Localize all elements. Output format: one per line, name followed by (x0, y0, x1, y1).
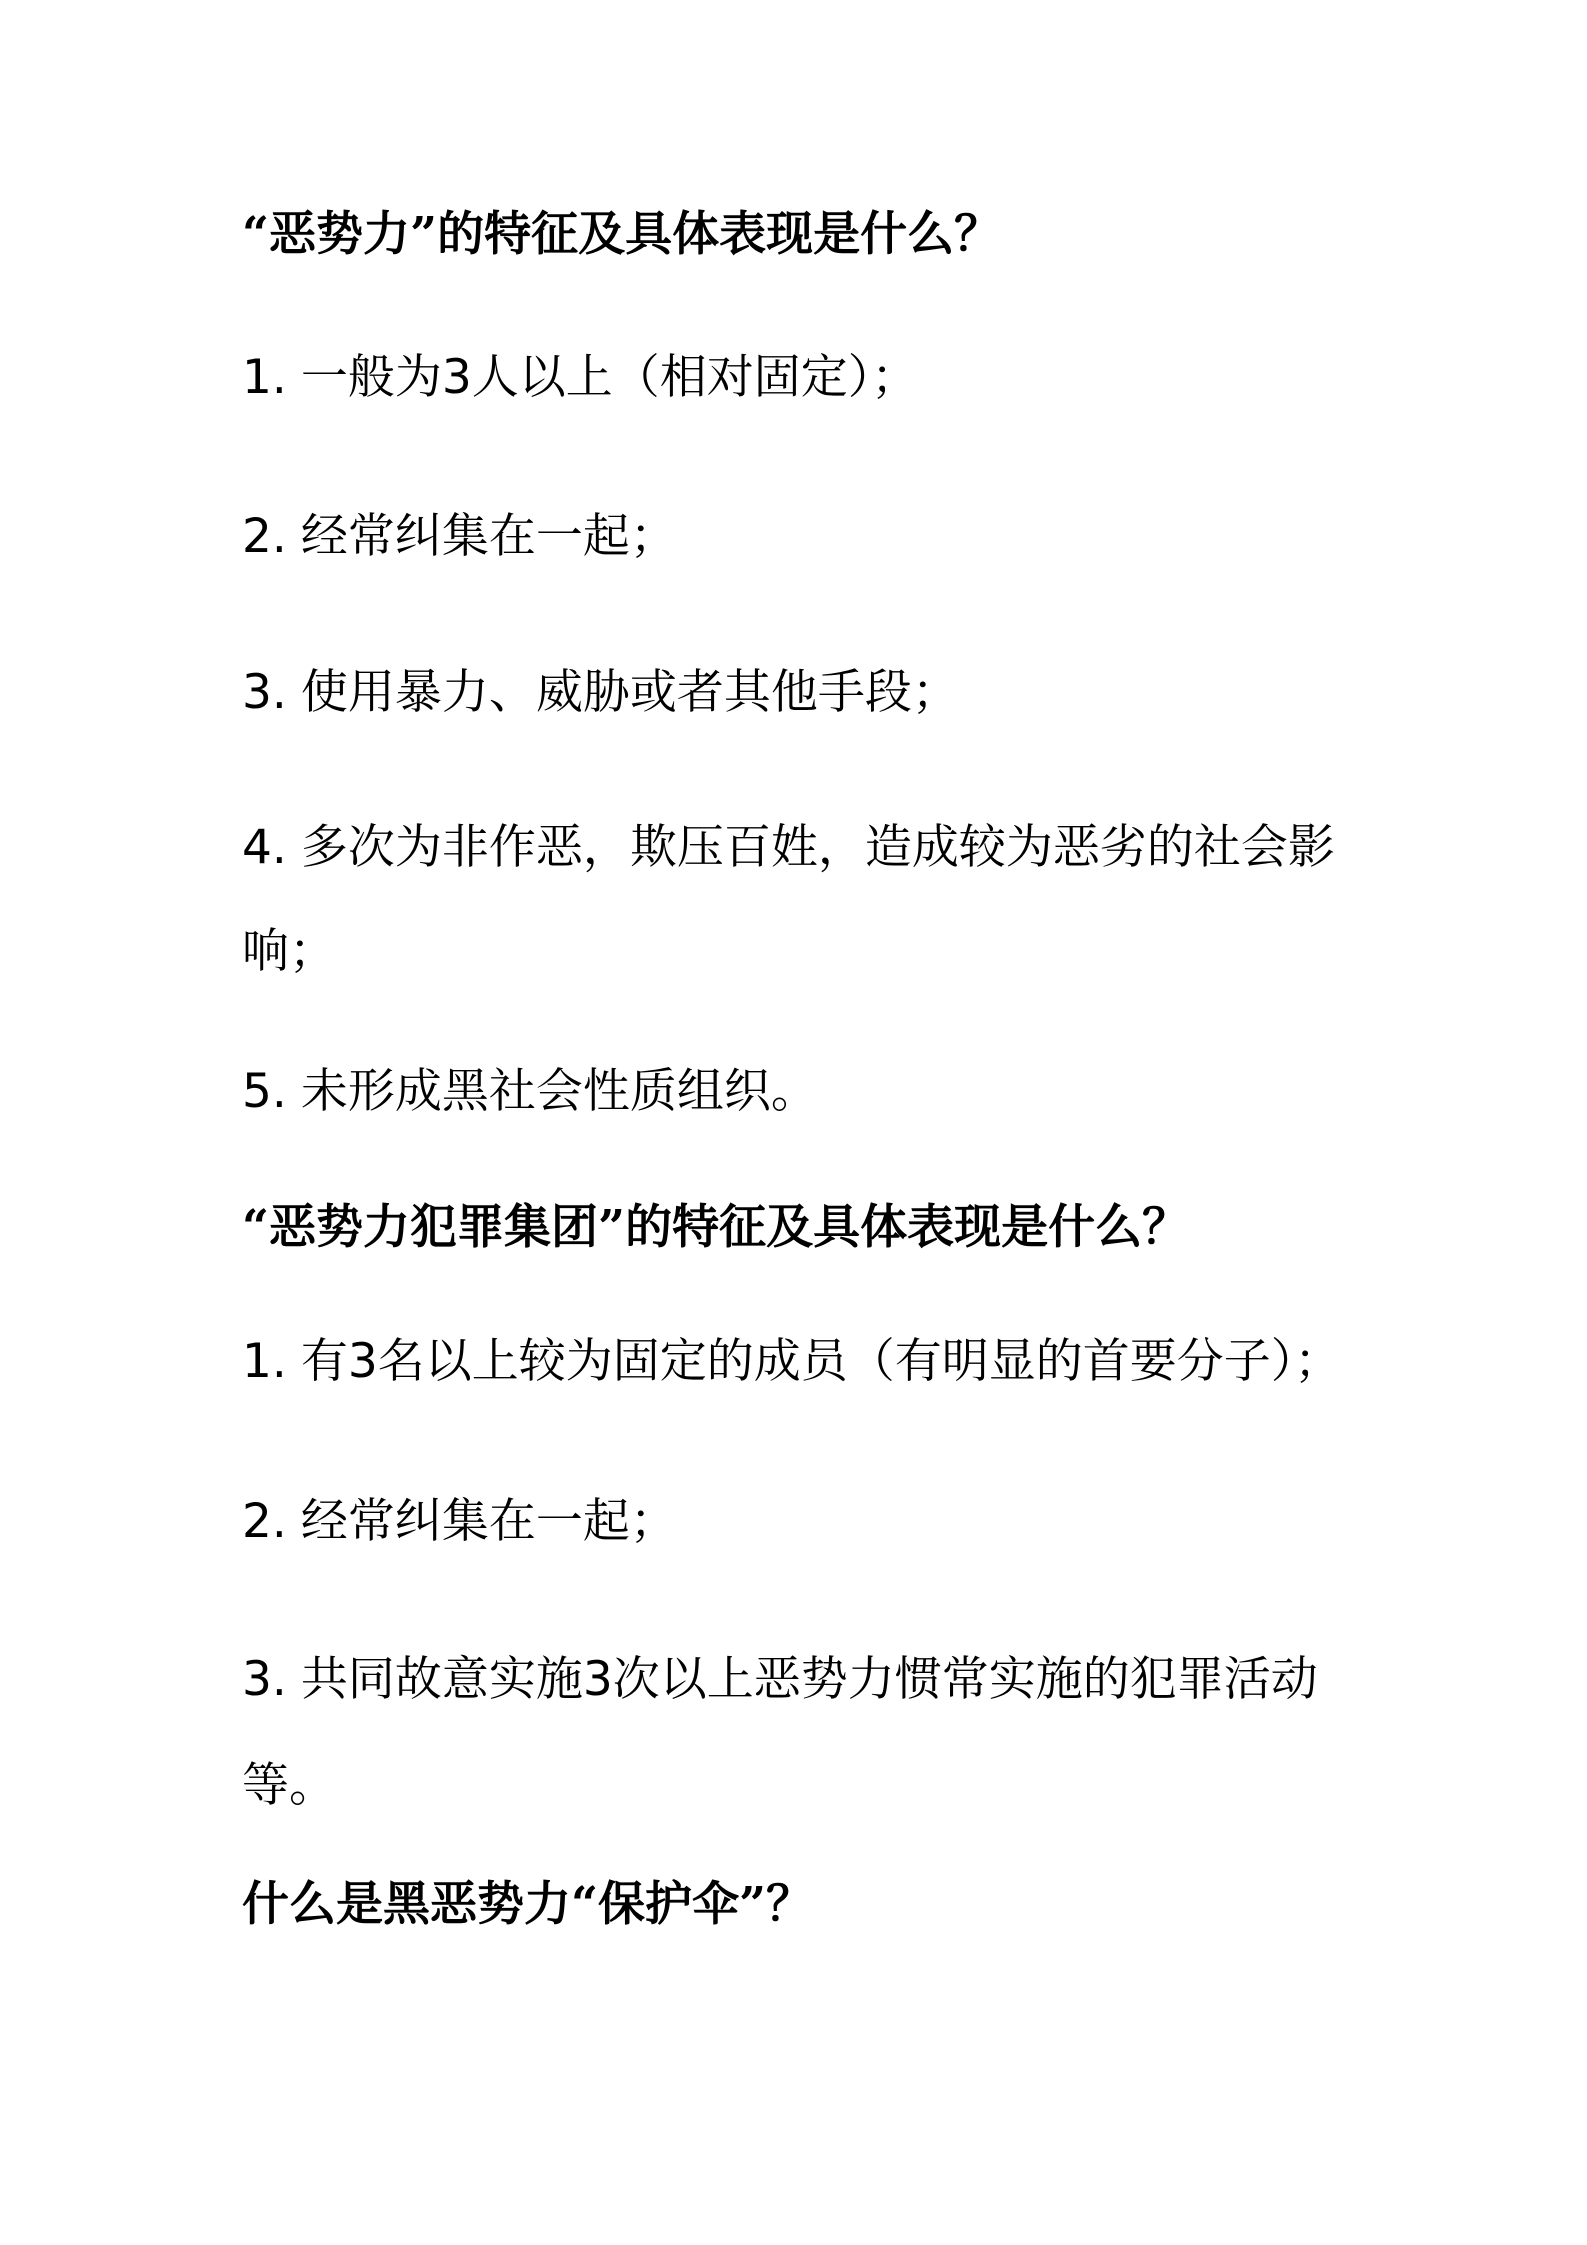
list-item: 5.未形成黑社会性质组织。 (242, 1062, 818, 1122)
section-heading: “恶势力”的特征及具体表现是什么？ (242, 205, 1001, 265)
item-number: 2. (242, 509, 287, 564)
item-text: 多次为非作恶，欺压百姓，造成较为恶劣的社会影 (301, 820, 1335, 875)
item-number: 3. (242, 1652, 287, 1707)
list-item-continuation: 响； (242, 922, 336, 982)
list-item: 3.共同故意实施3次以上恶势力惯常实施的犯罪活动 (242, 1650, 1318, 1710)
item-number: 2. (242, 1494, 287, 1549)
list-item: 4.多次为非作恶，欺压百姓，造成较为恶劣的社会影 (242, 818, 1335, 878)
item-number: 3. (242, 665, 287, 720)
list-item: 2.经常纠集在一起； (242, 1492, 677, 1552)
item-number: 1. (242, 1334, 287, 1389)
item-text: 未形成黑社会性质组织。 (301, 1064, 818, 1119)
item-text: 有3名以上较为固定的成员（有明显的首要分子）； (301, 1334, 1341, 1389)
section-heading: “恶势力犯罪集团”的特征及具体表现是什么？ (242, 1198, 1189, 1258)
item-text: 共同故意实施3次以上恶势力惯常实施的犯罪活动 (301, 1652, 1318, 1707)
item-text: 经常纠集在一起； (301, 1494, 677, 1549)
item-text: 一般为3人以上（相对固定）； (301, 350, 918, 405)
item-text: 经常纠集在一起； (301, 509, 677, 564)
list-item: 3.使用暴力、威胁或者其他手段； (242, 663, 959, 723)
list-item: 2.经常纠集在一起； (242, 507, 677, 567)
section-heading: 什么是黑恶势力“保护伞”？ (242, 1875, 813, 1935)
item-number: 1. (242, 350, 287, 405)
list-item: 1.一般为3人以上（相对固定）； (242, 348, 918, 408)
item-number: 4. (242, 820, 287, 875)
item-text: 使用暴力、威胁或者其他手段； (301, 665, 959, 720)
item-number: 5. (242, 1064, 287, 1119)
list-item: 1.有3名以上较为固定的成员（有明显的首要分子）； (242, 1332, 1341, 1392)
list-item-continuation: 等。 (242, 1756, 336, 1816)
document-page: “恶势力”的特征及具体表现是什么？ 1.一般为3人以上（相对固定）； 2.经常纠… (0, 0, 1587, 2245)
